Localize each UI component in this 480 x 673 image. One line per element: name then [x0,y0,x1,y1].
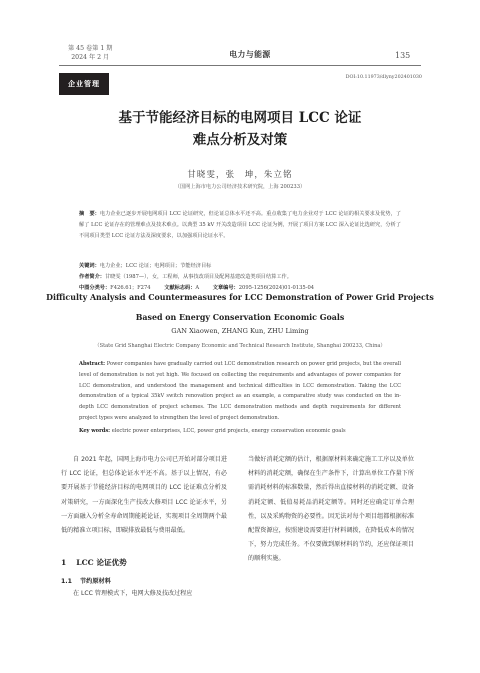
section-1-title: LCC 论证优势 [76,558,126,567]
keywords-cn-text: 电力企业；LCC 论证；电网项目；节能经济目标 [100,263,212,269]
english-title: Difficulty Analysis and Countermeasures … [30,288,450,328]
author-bio-text: 甘晓雯（1987—），女，工程师，从事技改项目及配网基建改造类项目结算工作。 [105,274,292,280]
author-bio: 作者简介：甘晓雯（1987—），女，工程师，从事技改项目及配网基建改造类项目结算… [79,272,401,283]
section-heading-1-1: 1.1节约原材料 [61,576,111,585]
author-bio-label: 作者简介： [79,274,105,280]
title-line-2: 难点分析及对策 [60,129,420,151]
body-right-column-paragraph: 当做好消耗定额的估计，根据原材料来确定施工工序以及单位材料的消耗定额，确保在生产… [248,453,414,567]
body-intro-paragraph: 自 2021 年起，国网上海市电力公司已开始对部分项目进行 LCC 论证，但总体… [61,453,227,538]
section-1-1-title: 节约原材料 [80,578,111,585]
affiliation: （国网上海市电力公司经济技术研究院，上海 200233） [60,183,420,190]
english-affiliation: （State Grid Shanghai Electric Company Ec… [50,342,430,349]
doi[interactable]: DOI:10.11973/dlyny202401030 [336,75,422,80]
journal-name: 电力与能源 [200,49,300,60]
page-number: 135 [395,51,410,60]
abstract-cn-text: 电力企业已逐步开展电网项目 LCC 论证研究，但论证总体水平还不高。重点收集了电… [79,211,401,239]
section-heading-1: 1LCC 论证优势 [61,557,127,568]
english-title-line-2: Based on Energy Conservation Economic Go… [30,308,450,328]
authors: 甘晓雯，张 坤，朱立铭 [60,168,420,180]
english-authors: GAN Xiaowen, ZHANG Kun, ZHU Liming [60,327,420,335]
title-line-1: 基于节能经济目标的电网项目 LCC 论证 [60,107,420,129]
keywords-cn-label: 关键词： [79,263,100,269]
section-1-1-paragraph-start: 在 LCC 管理模式下，电网大修及技改过程应 [61,587,227,601]
volume-issue: 第 45 卷第 1 期 [68,44,112,53]
section-1-number: 1 [61,558,66,567]
header-divider [59,65,421,66]
english-title-line-1: Difficulty Analysis and Countermeasures … [30,288,450,308]
english-keywords: Key words: electric power enterprises, L… [79,428,401,434]
section-tag: 企业管理 [59,73,109,95]
section-1-1-number: 1.1 [61,578,72,585]
paper-title: 基于节能经济目标的电网项目 LCC 论证 难点分析及对策 [60,107,420,151]
abstract-cn-label: 摘 要： [79,211,100,217]
english-keywords-text: electric power enterprises, LCC, power g… [110,428,346,434]
abstract-cn: 摘 要：电力企业已逐步开展电网项目 LCC 论证研究，但论证总体水平还不高。重点… [79,209,401,241]
english-abstract-text: Power companies have gradually carried o… [79,361,401,421]
english-abstract: Abstract: Power companies have gradually… [79,359,401,424]
keywords-cn: 关键词：电力企业；LCC 论证；电网项目；节能经济目标 [79,261,401,272]
journal-issue-info: 第 45 卷第 1 期 2024 年 2 月 [68,44,112,62]
issue-date: 2024 年 2 月 [68,53,112,62]
english-abstract-label: Abstract: [79,361,105,367]
english-keywords-label: Key words: [79,428,110,434]
